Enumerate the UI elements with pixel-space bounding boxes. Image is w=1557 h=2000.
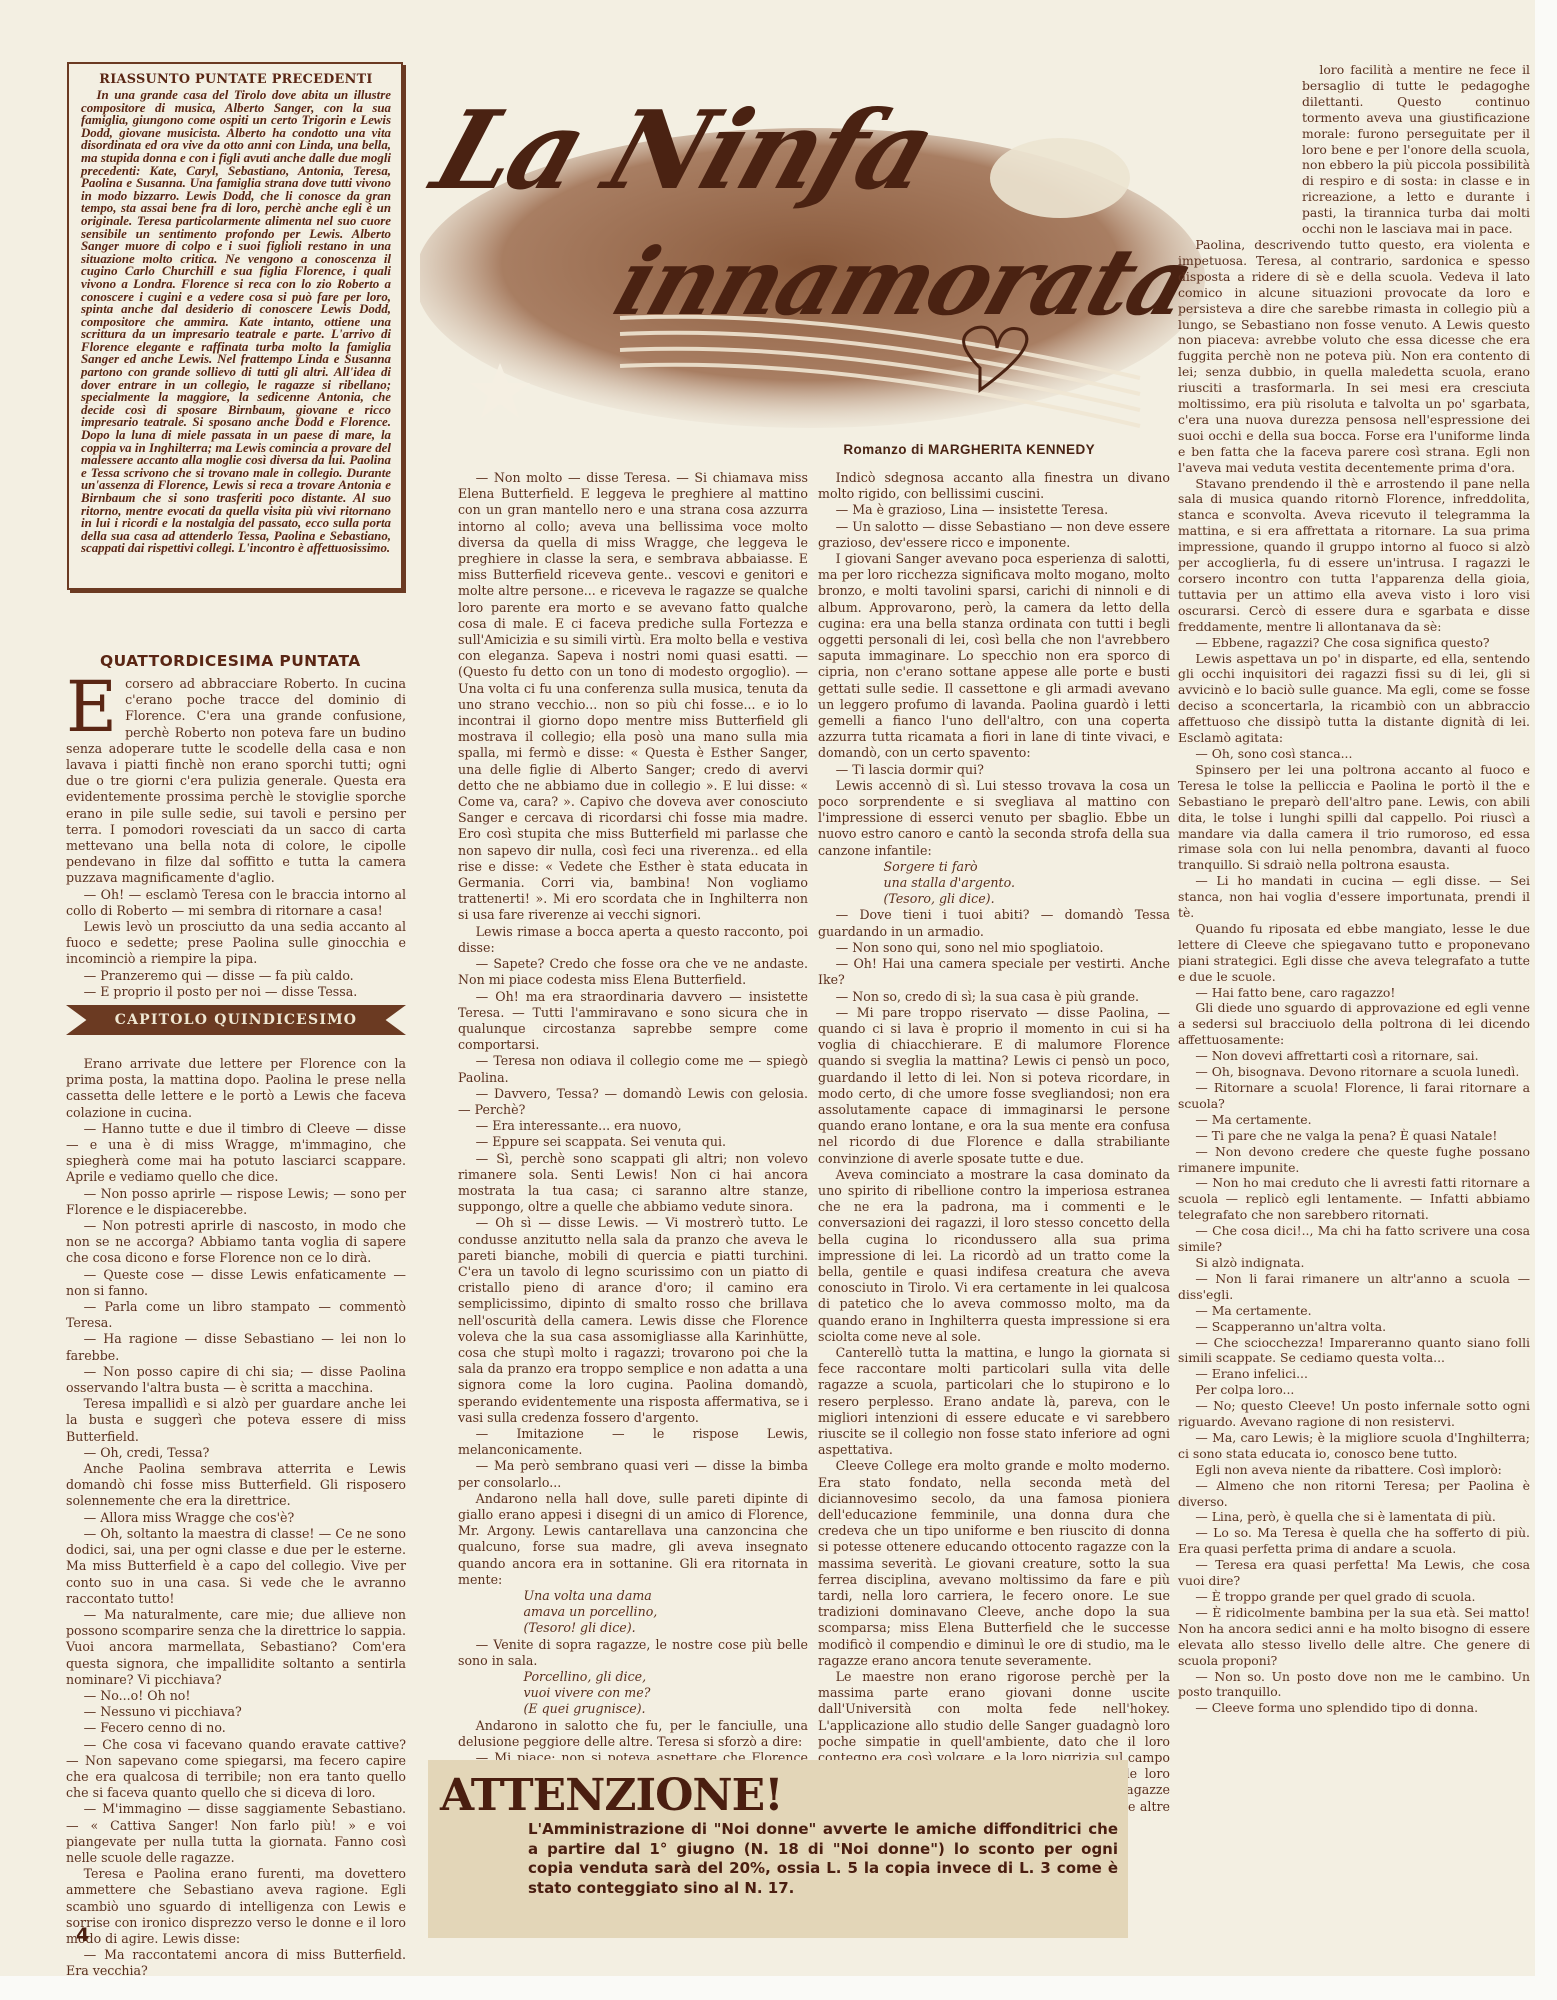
author-byline: Romanzo di MARGHERITA KENNEDY	[843, 442, 1095, 457]
title-line2: innamorata	[602, 228, 1204, 336]
paragraph: — Parla come un libro stampato — comment…	[66, 1299, 406, 1331]
paragraph: — No...o! Oh no!	[66, 1688, 406, 1704]
paragraph: — Fecero cenno di no.	[66, 1720, 406, 1736]
paragraph: — Teresa non odiava il collegio come me …	[458, 1053, 808, 1085]
song-verse-line: una stalla d'argento.	[818, 875, 1170, 891]
paragraph: — Ti pare che ne valga la pena? È quasi …	[1178, 1128, 1530, 1144]
paragraph: Cleeve College era molto grande e molto …	[818, 1458, 1170, 1669]
paragraph: Erano arrivate due lettere per Florence …	[66, 1056, 406, 1121]
paragraph: — M'immagino — disse saggiamente Sebasti…	[66, 1801, 406, 1866]
paragraph: Lewis aspettava un po' in disparte, ed e…	[1178, 651, 1530, 746]
paragraph: — Che sciocchezza! Impareranno quanto si…	[1178, 1335, 1530, 1367]
paragraph: — Allora miss Wragge che cos'è?	[66, 1510, 406, 1526]
paragraph: — Non posso aprirle — rispose Lewis; — s…	[66, 1186, 406, 1218]
paragraph: — Hanno tutte e due il timbro di Cleeve …	[66, 1121, 406, 1186]
paragraph: — Era interessante... era nuovo,	[458, 1118, 808, 1134]
paragraph: Lewis accennò di sì. Lui stesso trovava …	[818, 778, 1170, 859]
paragraph: — Hai fatto bene, caro ragazzo!	[1178, 985, 1530, 1001]
song-verse-line: (Tesoro! gli dice).	[458, 1620, 808, 1636]
paragraph: — Non posso capire di chi sia; — disse P…	[66, 1364, 406, 1396]
summary-heading: RIASSUNTO PUNTATE PRECEDENTI	[81, 72, 391, 87]
paragraph: Andarono in salotto che fu, per le fanci…	[458, 1718, 808, 1750]
paragraph: — Che cosa dici!.., Ma chi ha fatto scri…	[1178, 1223, 1530, 1255]
installment-heading: QUATTORDICESIMA PUNTATA	[100, 652, 361, 670]
paragraph: — Che cosa vi facevano quando eravate ca…	[66, 1737, 406, 1802]
summary-box: RIASSUNTO PUNTATE PRECEDENTI In una gran…	[67, 62, 403, 590]
paragraph: — Oh, soltanto la maestra di classe! — C…	[66, 1526, 406, 1607]
paragraph: — Ma, caro Lewis; è la migliore scuola d…	[1178, 1430, 1530, 1462]
paragraph: — Queste cose — disse Lewis enfaticament…	[66, 1267, 406, 1299]
paragraph: — Venite di sopra ragazze, le nostre cos…	[458, 1637, 808, 1669]
song-verse-line: Porcellino, gli dice,	[458, 1669, 808, 1685]
column-2: — Non molto — disse Teresa. — Si chiamav…	[458, 470, 808, 1880]
paragraph: — Oh, credi, Tessa?	[66, 1445, 406, 1461]
paragraph: Lewis rimase a bocca aperta a questo rac…	[458, 924, 808, 956]
notice-body: L'Amministrazione di "Noi donne" avverte…	[528, 1820, 1118, 1898]
page-number: 4	[76, 1924, 89, 1946]
song-verse-line: (Tesoro, gli dice).	[818, 891, 1170, 907]
paragraph: — Non molto — disse Teresa. — Si chiamav…	[458, 470, 808, 924]
song-verse-line: vuoi vivere con me?	[458, 1685, 808, 1701]
paragraph: Aveva cominciato a mostrare la casa domi…	[818, 1167, 1170, 1345]
paragraph: Canterellò tutta la mattina, e lungo la …	[818, 1345, 1170, 1458]
paragraph: — Oh! ma era straordinaria davvero — ins…	[458, 989, 808, 1054]
paragraph: — Li ho mandati in cucina — egli disse. …	[1178, 873, 1530, 921]
paragraph: Indicò sdegnosa accanto alla finestra un…	[818, 470, 1170, 502]
notice-heading: ATTENZIONE!	[440, 1770, 783, 1821]
paragraph: — Ma però sembrano quasi veri — disse la…	[458, 1458, 808, 1490]
title-banner: La Ninfa innamorata Romanzo di MARGHERIT…	[420, 78, 1230, 463]
paragraph: Egli non aveva niente da ribattere. Così…	[1178, 1462, 1530, 1478]
paragraph: — Ma naturalmente, care mie; due allieve…	[66, 1607, 406, 1688]
paragraph: — Oh, bisognava. Devono ritornare a scuo…	[1178, 1064, 1530, 1080]
paragraph: Si alzò indignata.	[1178, 1255, 1530, 1271]
column-4: loro facilità a mentire ne fece il bersa…	[1178, 62, 1530, 1716]
paragraph: — Sì, perchè sono scappati gli altri; no…	[458, 1151, 808, 1216]
paragraph: — Oh! Hai una camera speciale per vestir…	[818, 956, 1170, 988]
paragraph: — È ridicolmente bambina per la sua età.…	[1178, 1605, 1530, 1669]
paragraph: — Un salotto — disse Sebastiano — non de…	[818, 519, 1170, 551]
paragraph: I giovani Sanger avevano poca esperienza…	[818, 551, 1170, 762]
song-verse-line: (E quei grugnisce).	[458, 1701, 808, 1717]
paragraph: — Eppure sei scappata. Sei venuta qui.	[458, 1134, 808, 1150]
column-1-installment: Ecorsero ad abbracciare Roberto. In cuci…	[66, 676, 406, 1000]
paragraph: — Pranzeremo qui — disse — fa più caldo.	[66, 968, 406, 984]
paragraph: — Ma è grazioso, Lina — insistette Teres…	[818, 502, 1170, 518]
paragraph: — Non so. Un posto dove non me le cambin…	[1178, 1669, 1530, 1701]
paragraph: — Nessuno vi picchiava?	[66, 1704, 406, 1720]
paragraph: Spinsero per lei una poltrona accanto al…	[1178, 762, 1530, 873]
paragraph: — Lo so. Ma Teresa è quella che ha soffe…	[1178, 1525, 1530, 1557]
song-verse-line: Una volta una dama	[458, 1588, 808, 1604]
paragraph: — Non dovevi affrettarti così a ritornar…	[1178, 1048, 1530, 1064]
paragraph: — Erano infelici...	[1178, 1366, 1530, 1382]
paragraph: — Ebbene, ragazzi? Che cosa significa qu…	[1178, 635, 1530, 651]
paragraph: — Cleeve forma uno splendido tipo di don…	[1178, 1700, 1530, 1716]
paragraph: — Oh sì — disse Lewis. — Vi mostrerò tut…	[458, 1215, 808, 1426]
paragraph: — No; questo Cleeve! Un posto infernale …	[1178, 1398, 1530, 1430]
notice-box: ATTENZIONE! L'Amministrazione di "Noi do…	[428, 1760, 1128, 1938]
column-1-chapter: Erano arrivate due lettere per Florence …	[66, 1056, 406, 1980]
paragraph: Teresa impallidì e si alzò per guardare …	[66, 1396, 406, 1445]
paragraph: Anche Paolina sembrava atterrita e Lewis…	[66, 1461, 406, 1510]
page-bottom-edge	[0, 1976, 1557, 2000]
paragraph: — Non devono credere che queste fughe po…	[1178, 1144, 1530, 1176]
column-3: Indicò sdegnosa accanto alla finestra un…	[818, 470, 1170, 1831]
paragraph: — Oh, sono così stanca...	[1178, 746, 1530, 762]
paragraph: — Davvero, Tessa? — domandò Lewis con ge…	[458, 1086, 808, 1118]
paragraph: — Teresa era quasi perfetta! Ma Lewis, c…	[1178, 1557, 1530, 1589]
drop-cap: E	[66, 678, 117, 736]
paragraph: — Ha ragione — disse Sebastiano — lei no…	[66, 1331, 406, 1363]
paragraph: — Scapperanno un'altra volta.	[1178, 1319, 1530, 1335]
paragraph: — Oh! — esclamò Teresa con le braccia in…	[66, 887, 406, 919]
paragraph: — Non so, credo di sì; la sua casa è più…	[818, 989, 1170, 1005]
paragraph: Andarono nella hall dove, sulle pareti d…	[458, 1491, 808, 1588]
chapter-heading: CAPITOLO QUINDICESIMO	[66, 1005, 406, 1035]
paragraph: Gli diede uno sguardo di approvazione ed…	[1178, 1000, 1530, 1048]
paragraph: Paolina, descrivendo tutto questo, era v…	[1178, 237, 1530, 476]
paragraph: — Non potresti aprirle di nascosto, in m…	[66, 1218, 406, 1267]
paragraph: Quando fu riposata ed ebbe mangiato, les…	[1178, 921, 1530, 985]
paragraph: — Imitazione — le rispose Lewis, melanco…	[458, 1426, 808, 1458]
paragraph: — Ti lascia dormir qui?	[818, 762, 1170, 778]
paragraph: — Non sono qui, sono nel mio spogliatoio…	[818, 940, 1170, 956]
paragraph: — Ma certamente.	[1178, 1112, 1530, 1128]
paragraph: Per colpa loro...	[1178, 1382, 1530, 1398]
paragraph: — Ritornare a scuola! Florence, li farai…	[1178, 1080, 1530, 1112]
paragraph: — E proprio il posto per noi — disse Tes…	[66, 984, 406, 1000]
paragraph: — Non ho mai creduto che li avresti fatt…	[1178, 1175, 1530, 1223]
song-verse-line: amava un porcellino,	[458, 1604, 808, 1620]
paragraph: Stavano prendendo il thè e arrostendo il…	[1178, 476, 1530, 635]
paragraph: Teresa e Paolina erano furenti, ma dovet…	[66, 1866, 406, 1947]
paragraph: — È troppo grande per quel grado di scuo…	[1178, 1589, 1530, 1605]
paragraph: — Non li farai rimanere un altr'anno a s…	[1178, 1271, 1530, 1303]
paragraph: — Lina, però, è quella che si è lamentat…	[1178, 1509, 1530, 1525]
page-edge	[1535, 0, 1557, 2000]
paragraph: loro facilità a mentire ne fece il bersa…	[1302, 62, 1530, 237]
paragraph: Lewis levò un prosciutto da una sedia ac…	[66, 919, 406, 968]
paragraph: — Sapete? Credo che fosse ora che ve ne …	[458, 956, 808, 988]
title-line1: La Ninfa	[420, 88, 947, 214]
paragraph: — Dove tieni i tuoi abiti? — domandò Tes…	[818, 907, 1170, 939]
summary-text: In una grande casa del Tirolo dove abita…	[81, 89, 391, 555]
paragraph: — Ma raccontatemi ancora di miss Butterf…	[66, 1947, 406, 1979]
paragraph: — Ma certamente.	[1178, 1303, 1530, 1319]
song-verse-line: Sorgere ti farò	[818, 859, 1170, 875]
paragraph: — Mi pare troppo riservato — disse Paoli…	[818, 1005, 1170, 1167]
paragraph: — Almeno che non ritorni Teresa; per Pao…	[1178, 1478, 1530, 1510]
